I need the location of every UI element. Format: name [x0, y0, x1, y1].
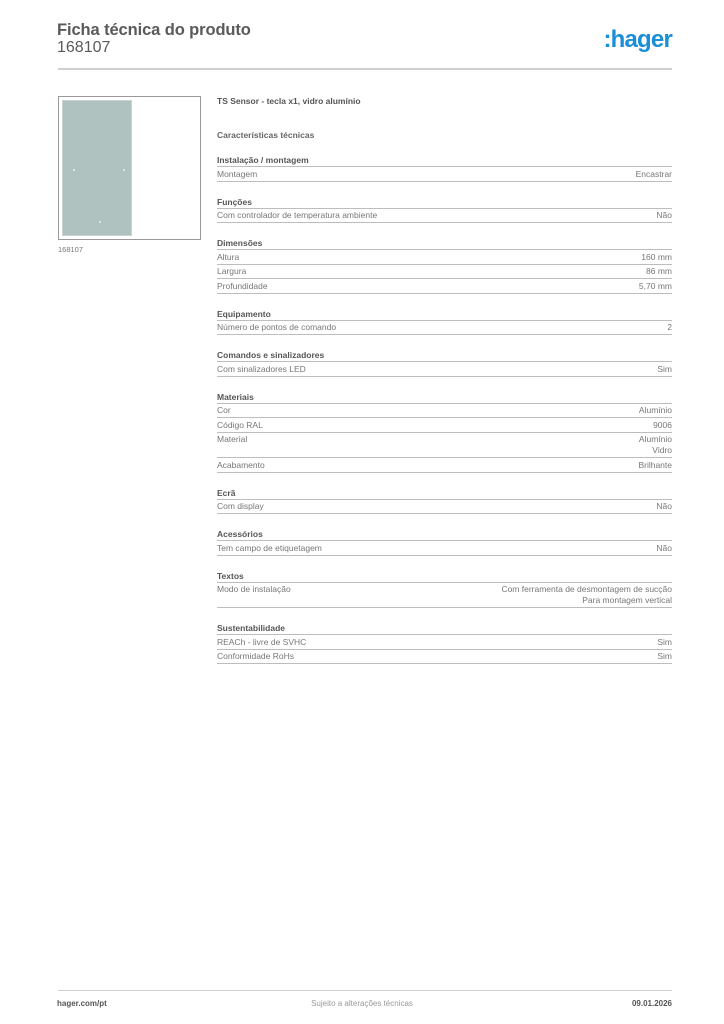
spec-group: EcrãCom displayNão [217, 488, 672, 515]
spec-row: REACh - livre de SVHCSim [217, 635, 672, 650]
spec-value: Não [656, 210, 672, 221]
footer-date: 09.01.2026 [632, 999, 672, 1008]
spec-group: Instalação / montagemMontagemEncastrar [217, 155, 672, 182]
spec-value: 9006 [653, 420, 672, 431]
spec-value: Sim [657, 651, 672, 662]
spec-group-title: Dimensões [217, 238, 672, 250]
spec-label: Montagem [217, 169, 257, 180]
spec-group: EquipamentoNúmero de pontos de comando2 [217, 309, 672, 336]
spec-value-line: Não [656, 210, 672, 221]
spec-label: Modo de instalação [217, 584, 291, 606]
spec-label: Número de pontos de comando [217, 322, 336, 333]
spec-value-line: 86 mm [646, 266, 672, 277]
spec-label: Largura [217, 266, 246, 277]
spec-label: Acabamento [217, 460, 265, 471]
spec-row: Número de pontos de comando2 [217, 321, 672, 336]
header-title: Ficha técnica do produto [57, 21, 251, 40]
spec-row: Altura160 mm [217, 250, 672, 265]
spec-label: REACh - livre de SVHC [217, 637, 306, 648]
spec-label: Altura [217, 252, 239, 263]
spec-group-title: Sustentabilidade [217, 623, 672, 635]
spec-value: Brilhante [638, 460, 672, 471]
spec-value-line: 5,70 mm [639, 281, 672, 292]
spec-row: Largura86 mm [217, 265, 672, 280]
spec-value: Sim [657, 364, 672, 375]
spec-value-line: 160 mm [641, 252, 672, 263]
spec-group-title: Comandos e sinalizadores [217, 350, 672, 362]
spec-label: Com display [217, 501, 264, 512]
spec-label: Cor [217, 405, 231, 416]
product-image [58, 96, 201, 240]
spec-value-line: Não [656, 501, 672, 512]
header-divider [58, 68, 672, 70]
spec-value-line: Sim [657, 637, 672, 648]
switch-panel-glass [62, 100, 132, 236]
spec-value-line: Não [656, 543, 672, 554]
spec-value-line: 2 [667, 322, 672, 333]
spec-group-title: Instalação / montagem [217, 155, 672, 167]
spec-group-title: Textos [217, 571, 672, 583]
spec-row: AcabamentoBrilhante [217, 458, 672, 473]
touch-point-left [73, 169, 75, 171]
spec-value-line: Alumínio [639, 434, 672, 445]
spec-row: Com sinalizadores LEDSim [217, 362, 672, 377]
spec-value-line: Com ferramenta de desmontagem de sucção [501, 584, 672, 595]
spec-group-title: Materiais [217, 392, 672, 404]
header-product-code: 168107 [57, 39, 110, 57]
spec-value: Alumínio [639, 405, 672, 416]
spec-group: TextosModo de instalaçãoCom ferramenta d… [217, 571, 672, 609]
product-name: TS Sensor - tecla x1, vidro alumínio [217, 96, 672, 106]
spec-row: Conformidade RoHsSim [217, 650, 672, 665]
section-title: Características técnicas [217, 130, 672, 140]
spec-group-title: Equipamento [217, 309, 672, 321]
footer-divider [58, 990, 672, 991]
spec-value-line: Vidro [639, 445, 672, 456]
spec-value-line: 9006 [653, 420, 672, 431]
spec-label: Com controlador de temperatura ambiente [217, 210, 377, 221]
spec-group: DimensõesAltura160 mmLargura86 mmProfund… [217, 238, 672, 294]
spec-value: 5,70 mm [639, 281, 672, 292]
spec-value-line: Sim [657, 651, 672, 662]
spec-value-line: Encastrar [636, 169, 672, 180]
spec-label: Conformidade RoHs [217, 651, 294, 662]
spec-value-line: Brilhante [638, 460, 672, 471]
spec-row: Código RAL9006 [217, 418, 672, 433]
hager-logo[interactable]: :hager [603, 28, 672, 52]
spec-value: Não [656, 501, 672, 512]
spec-value: 2 [667, 322, 672, 333]
spec-row: Com controlador de temperatura ambienteN… [217, 209, 672, 224]
spec-group-title: Funções [217, 197, 672, 209]
footer-note: Sujeito a alterações técnicas [0, 999, 724, 1008]
spec-row: Tem campo de etiquetagemNão [217, 541, 672, 556]
spec-group: FunçõesCom controlador de temperatura am… [217, 197, 672, 224]
spec-label: Com sinalizadores LED [217, 364, 306, 375]
spec-value: Com ferramenta de desmontagem de sucçãoP… [501, 584, 672, 606]
spec-label: Código RAL [217, 420, 263, 431]
spec-value: Encastrar [636, 169, 672, 180]
spec-group: AcessóriosTem campo de etiquetagemNão [217, 529, 672, 556]
spec-group: Comandos e sinalizadoresCom sinalizadore… [217, 350, 672, 377]
spec-row: MontagemEncastrar [217, 167, 672, 182]
spec-row: MaterialAlumínioVidro [217, 433, 672, 459]
spec-groups: Instalação / montagemMontagemEncastrarFu… [217, 155, 672, 664]
spec-value: 160 mm [641, 252, 672, 263]
spec-label: Material [217, 434, 247, 456]
spec-row: CorAlumínio [217, 404, 672, 419]
spec-value: Sim [657, 637, 672, 648]
spec-value-line: Alumínio [639, 405, 672, 416]
spec-row: Profundidade5,70 mm [217, 279, 672, 294]
spec-row: Modo de instalaçãoCom ferramenta de desm… [217, 583, 672, 609]
spec-group: SustentabilidadeREACh - livre de SVHCSim… [217, 623, 672, 664]
spec-value: 86 mm [646, 266, 672, 277]
led-indicator [99, 221, 101, 223]
spec-content: TS Sensor - tecla x1, vidro alumínio Car… [217, 96, 672, 664]
spec-label: Profundidade [217, 281, 268, 292]
spec-value-line: Sim [657, 364, 672, 375]
spec-group-title: Ecrã [217, 488, 672, 500]
spec-group-title: Acessórios [217, 529, 672, 541]
touch-point-right [123, 169, 125, 171]
spec-value: Não [656, 543, 672, 554]
spec-row: Com displayNão [217, 500, 672, 515]
spec-value-line: Para montagem vertical [501, 595, 672, 606]
image-caption: 168107 [58, 245, 83, 254]
spec-group: MateriaisCorAlumínioCódigo RAL9006Materi… [217, 392, 672, 473]
spec-value: AlumínioVidro [639, 434, 672, 456]
spec-label: Tem campo de etiquetagem [217, 543, 322, 554]
